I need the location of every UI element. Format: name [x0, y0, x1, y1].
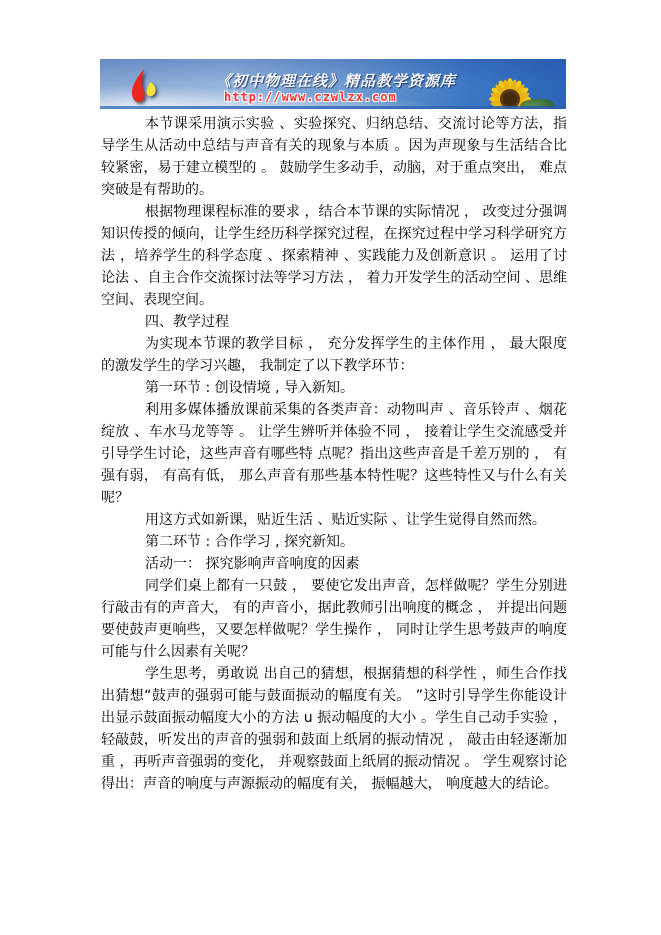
site-logo-icon [127, 68, 167, 106]
document-body: 本节课采用演示实验 、实验探究、归纳总结、交流讨论等方法，指导学生从活动中总结与… [101, 113, 567, 795]
paragraph-drum-experiment: 同学们桌上都有一只鼓 ， 要使它发出声音，怎样做呢？学生分别进行敲击有的声音大，… [101, 575, 567, 663]
step-one-heading: 第一环节 : 创设情境 , 导入新知。 [101, 377, 567, 399]
document-page: 《初中物理在线》精品教学资源库 http://www.czwlzx.com [0, 0, 661, 935]
paragraph-new-lesson-intro: 用这方式如新课，贴近生活 、贴近实际 、让学生觉得自然而然。 [101, 509, 567, 531]
paragraph-teaching-goal: 为实现本节课的教学目标 ， 充分发挥学生的主体作用 ， 最大限度的激发学生的学习… [101, 333, 567, 377]
site-banner: 《初中物理在线》精品教学资源库 http://www.czwlzx.com [100, 59, 566, 109]
activity-one-heading: 活动一： 探究影响声音响度的因素 [101, 553, 567, 575]
step-two-heading: 第二环节 : 合作学习 , 探究新知。 [101, 531, 567, 553]
leaf-icon [520, 99, 554, 109]
paragraph-multimedia-sounds: 利用多媒体播放课前采集的各类声音：动物叫声 、音乐铃声 、烟花绽放 、车水马龙等… [101, 399, 567, 509]
paragraph-methods: 本节课采用演示实验 、实验探究、归纳总结、交流讨论等方法，指导学生从活动中总结与… [101, 113, 567, 201]
banner-title: 《初中物理在线》精品教学资源库 [216, 70, 452, 91]
paragraph-curriculum-standard: 根据物理课程标准的要求 ，结合本节课的实际情况 ， 改变过分强调知识传授的倾向，… [101, 201, 567, 311]
paragraph-student-hypothesis: 学生思考，勇敢说 出自己的猜想，根据猜想的科学性 ，师生合作找出猜想“鼓声的强弱… [101, 663, 567, 795]
section-heading-teaching-process: 四、教学过程 [101, 311, 567, 333]
banner-url-text: http://www.czwlzx.com [224, 90, 397, 104]
